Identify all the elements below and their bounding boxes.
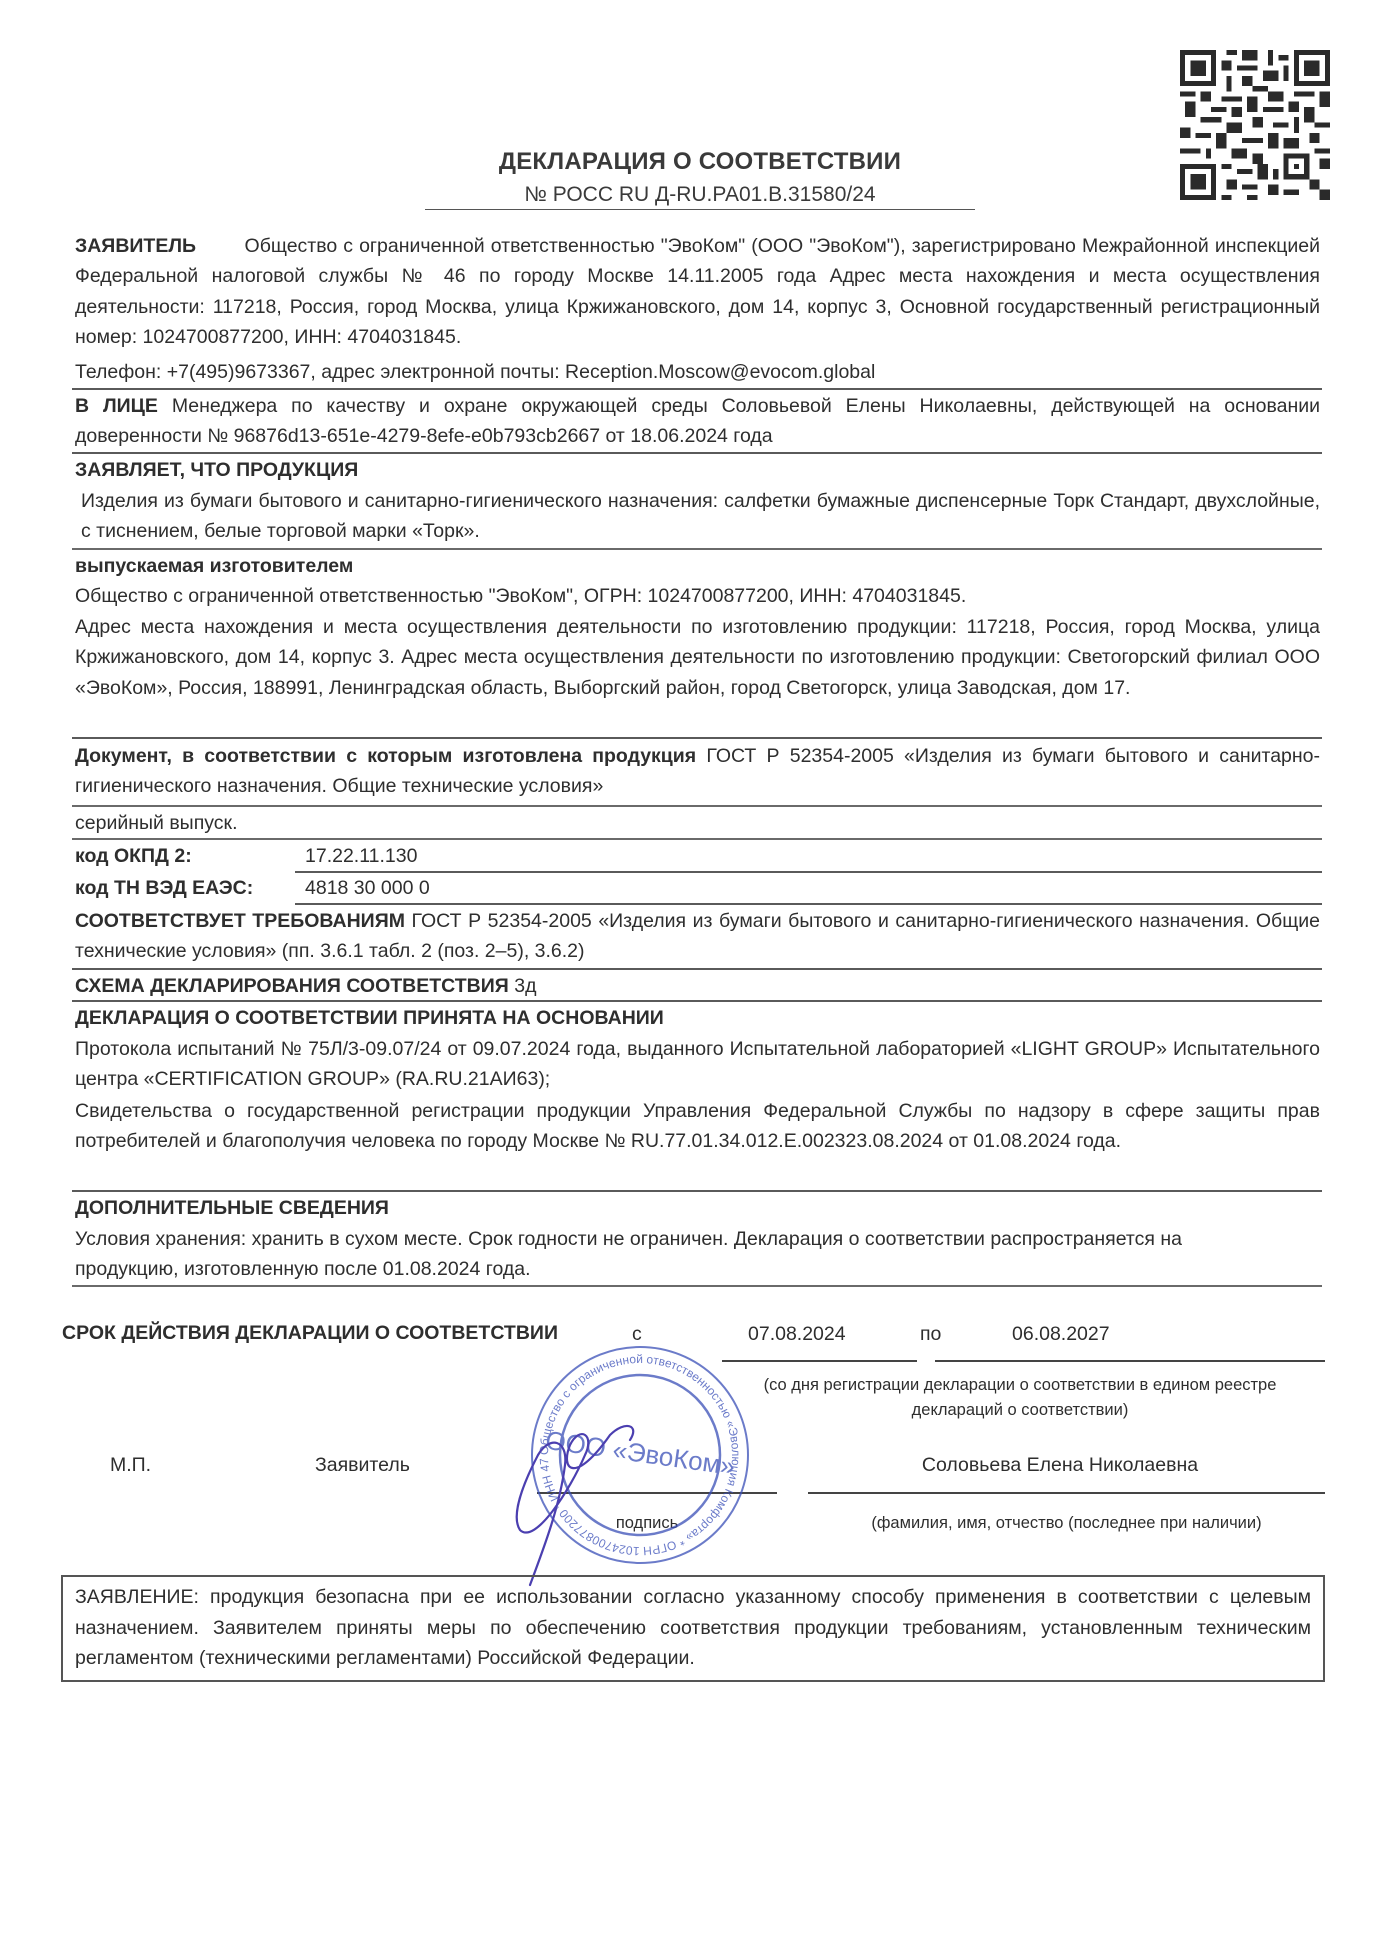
divider bbox=[72, 805, 1322, 807]
basis-registration-certificate: Свидетельства о государственной регистра… bbox=[75, 1096, 1320, 1157]
validity-note: (со дня регистрации декларации о соответ… bbox=[720, 1373, 1320, 1423]
validity-from-word: с bbox=[632, 1323, 642, 1346]
divider bbox=[72, 548, 1322, 550]
divider bbox=[72, 968, 1322, 970]
from-date-underline bbox=[722, 1360, 917, 1362]
divider bbox=[72, 1000, 1322, 1002]
document-section: Документ, в соответствии с которым изгот… bbox=[75, 741, 1320, 802]
number-underline bbox=[425, 209, 975, 210]
product-label: ЗАЯВЛЯЕТ, ЧТО ПРОДУКЦИЯ bbox=[75, 455, 1320, 485]
name-caption: (фамилия, имя, отчество (последнее при н… bbox=[808, 1514, 1325, 1533]
manufacturer-name: Общество с ограниченной ответственностью… bbox=[75, 581, 1320, 611]
tnved-label: код ТН ВЭД ЕАЭС: bbox=[75, 877, 253, 900]
representative-section: В ЛИЦЕ Менеджера по качеству и охране ок… bbox=[75, 391, 1320, 452]
requirements-label: СООТВЕТСТВУЕТ ТРЕБОВАНИЯМ bbox=[75, 910, 405, 932]
representative-label: В ЛИЦЕ bbox=[75, 395, 158, 417]
production-type: серийный выпуск. bbox=[75, 808, 1320, 838]
to-date-underline bbox=[935, 1360, 1325, 1362]
signature-line bbox=[537, 1492, 777, 1494]
validity-label: СРОК ДЕЙСТВИЯ ДЕКЛАРАЦИИ О СООТВЕТСТВИИ bbox=[62, 1322, 558, 1345]
tnved-value: 4818 30 000 0 bbox=[305, 877, 430, 900]
okpd-underline bbox=[295, 871, 1322, 873]
document-title: ДЕКЛАРАЦИЯ О СООТВЕТСТВИИ bbox=[400, 148, 1000, 176]
handwritten-signature-icon bbox=[490, 1395, 650, 1595]
manufacturer-address: Адрес места нахождения и места осуществл… bbox=[75, 612, 1320, 703]
applicant-label: ЗАЯВИТЕЛЬ bbox=[75, 235, 196, 257]
validity-to-word: по bbox=[920, 1323, 941, 1346]
applicant-text: Общество с ограниченной ответственностью… bbox=[75, 235, 1320, 348]
qr-code-icon bbox=[1180, 50, 1330, 200]
manufacturer-label: выпускаемая изготовителем bbox=[75, 551, 1320, 581]
svg-text:ООО «ЭвоКом»: ООО «ЭвоКом» bbox=[544, 1425, 737, 1481]
scheme-label: СХЕМА ДЕКЛАРИРОВАНИЯ СООТВЕТСТВИЯ bbox=[75, 975, 509, 997]
name-line bbox=[808, 1492, 1325, 1494]
safety-statement: ЗАЯВЛЕНИЕ: продукция безопасна при ее ис… bbox=[61, 1575, 1325, 1682]
document-label: Документ, в соответствии с которым изгот… bbox=[75, 745, 696, 767]
additional-label: ДОПОЛНИТЕЛЬНЫЕ СВЕДЕНИЯ bbox=[75, 1193, 1320, 1223]
basis-label: ДЕКЛАРАЦИЯ О СООТВЕТСТВИИ ПРИНЯТА НА ОСН… bbox=[75, 1003, 1320, 1033]
basis-test-report: Протокола испытаний № 75Л/3-09.07/24 от … bbox=[75, 1034, 1320, 1095]
signatory-name: Соловьева Елена Николаевна bbox=[830, 1454, 1290, 1477]
requirements-section: СООТВЕТСТВУЕТ ТРЕБОВАНИЯМ ГОСТ Р 52354-2… bbox=[75, 906, 1320, 967]
representative-text: Менеджера по качеству и охране окружающе… bbox=[75, 395, 1320, 447]
divider bbox=[72, 388, 1322, 390]
additional-text: Условия хранения: хранить в сухом месте.… bbox=[75, 1224, 1205, 1285]
divider bbox=[72, 1190, 1322, 1192]
divider bbox=[72, 737, 1322, 739]
stamp-place-label: М.П. bbox=[110, 1454, 151, 1477]
product-text: Изделия из бумаги бытового и санитарно-г… bbox=[75, 486, 1320, 547]
applicant-contacts: Телефон: +7(495)9673367, адрес электронн… bbox=[75, 357, 1320, 387]
divider bbox=[72, 838, 1322, 840]
applicant-section: ЗАЯВИТЕЛЬ Общество с ограниченной ответс… bbox=[75, 231, 1320, 352]
okpd-value: 17.22.11.130 bbox=[305, 845, 417, 868]
declaration-page: ДЕКЛАРАЦИЯ О СООТВЕТСТВИИ № РОСС RU Д-RU… bbox=[0, 0, 1381, 1951]
declaration-number: № РОСС RU Д-RU.РА01.В.31580/24 bbox=[425, 183, 975, 207]
okpd-label: код ОКПД 2: bbox=[75, 845, 192, 868]
tnved-underline bbox=[295, 903, 1322, 905]
validity-from-date: 07.08.2024 bbox=[748, 1323, 846, 1346]
validity-to-date: 06.08.2027 bbox=[1012, 1323, 1110, 1346]
applicant-sign-label: Заявитель bbox=[315, 1454, 410, 1477]
divider bbox=[72, 452, 1322, 454]
scheme-section: СХЕМА ДЕКЛАРИРОВАНИЯ СООТВЕТСТВИЯ 3д bbox=[75, 971, 1320, 1001]
scheme-value: 3д bbox=[514, 975, 536, 997]
signature-caption: подпись bbox=[537, 1514, 757, 1533]
divider bbox=[72, 1285, 1322, 1287]
